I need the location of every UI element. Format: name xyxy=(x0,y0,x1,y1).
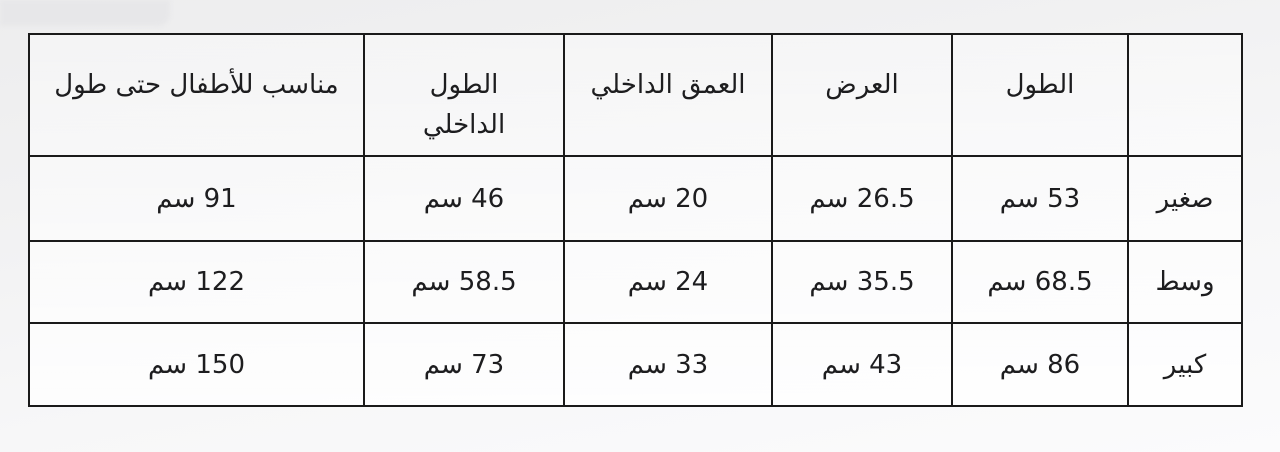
cell-size-label: صغير xyxy=(1128,156,1242,241)
row-small: صغير 53 سم 26.5 سم 20 سم 46 سم 91 سم xyxy=(29,156,1242,241)
column-header-length: الطول xyxy=(952,34,1128,156)
size-chart-container: الطول العرض العمق الداخلي الطول الداخلي … xyxy=(28,33,1243,407)
column-header-length-label: الطول xyxy=(1006,70,1075,100)
cell-inner-depth: 20 سم xyxy=(564,156,772,241)
header-row: الطول العرض العمق الداخلي الطول الداخلي … xyxy=(29,34,1242,156)
column-header-inner-depth: العمق الداخلي xyxy=(564,34,772,156)
cell-size-label: كبير xyxy=(1128,323,1242,406)
cell-inner-length: 58.5 سم xyxy=(364,241,564,323)
cell-child-height: 122 سم xyxy=(29,241,364,323)
cell-length: 53 سم xyxy=(952,156,1128,241)
row-large: كبير 86 سم 43 سم 33 سم 73 سم 150 سم xyxy=(29,323,1242,406)
table-header: الطول العرض العمق الداخلي الطول الداخلي … xyxy=(29,34,1242,156)
cell-length: 86 سم xyxy=(952,323,1128,406)
column-header-inner-length: الطول الداخلي xyxy=(364,34,564,156)
column-header-child-height: مناسب للأطفال حتى طول xyxy=(29,34,364,156)
cell-width: 43 سم xyxy=(772,323,952,406)
cell-length: 68.5 سم xyxy=(952,241,1128,323)
size-chart-table: الطول العرض العمق الداخلي الطول الداخلي … xyxy=(28,33,1243,407)
cell-child-height: 150 سم xyxy=(29,323,364,406)
cell-width: 35.5 سم xyxy=(772,241,952,323)
cell-width: 26.5 سم xyxy=(772,156,952,241)
column-header-inner-length-label: الطول الداخلي xyxy=(389,65,539,145)
cell-inner-depth: 24 سم xyxy=(564,241,772,323)
column-header-width: العرض xyxy=(772,34,952,156)
column-header-size xyxy=(1128,34,1242,156)
table-body: صغير 53 سم 26.5 سم 20 سم 46 سم 91 سم وسط… xyxy=(29,156,1242,406)
cell-child-height: 91 سم xyxy=(29,156,364,241)
cell-size-label: وسط xyxy=(1128,241,1242,323)
cell-inner-depth: 33 سم xyxy=(564,323,772,406)
page-background: { "colors": { "border": "#1a1a1a", "text… xyxy=(0,0,1280,452)
background-corner-shade xyxy=(0,0,170,26)
cell-inner-length: 46 سم xyxy=(364,156,564,241)
column-header-child-height-label: مناسب للأطفال حتى طول xyxy=(54,70,339,100)
cell-inner-length: 73 سم xyxy=(364,323,564,406)
column-header-width-label: العرض xyxy=(825,70,898,100)
row-medium: وسط 68.5 سم 35.5 سم 24 سم 58.5 سم 122 سم xyxy=(29,241,1242,323)
column-header-inner-depth-label: العمق الداخلي xyxy=(590,70,745,100)
